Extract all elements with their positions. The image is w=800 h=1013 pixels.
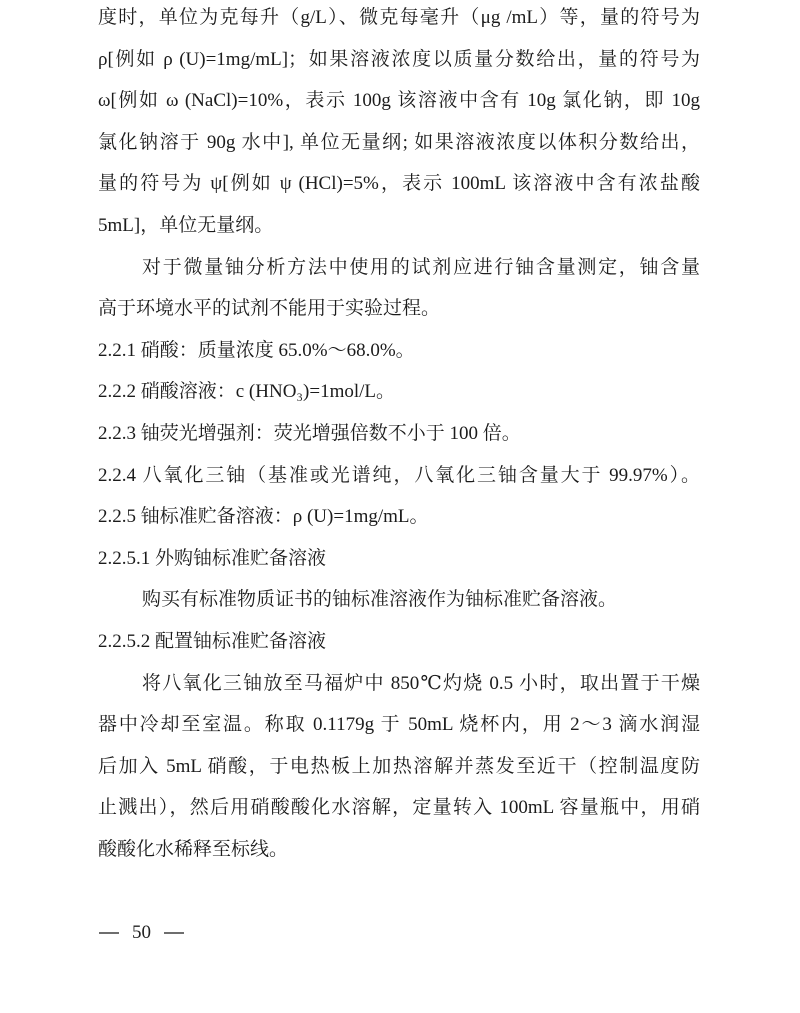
text-line: 2.2.5.2 配置铀标准贮备溶液 bbox=[98, 621, 700, 663]
text-line: 2.2.5.1 外购铀标准贮备溶液 bbox=[98, 538, 700, 580]
page-footer: 50 bbox=[99, 922, 184, 944]
text-line: 2.2.5 铀标准贮备溶液：ρ (U)=1mg/mL。 bbox=[98, 496, 700, 538]
text-line: 度时，单位为克每升（g/L）、微克每毫升（μg /mL）等，量的符号为 bbox=[98, 0, 700, 39]
text-line: ω[例如 ω (NaCl)=10%，表示 100g 该溶液中含有 10g 氯化钠… bbox=[98, 80, 700, 122]
text-line: ρ[例如 ρ (U)=1mg/mL]；如果溶液浓度以质量分数给出，量的符号为 bbox=[98, 39, 700, 81]
document-lines: 度时，单位为克每升（g/L）、微克每毫升（μg /mL）等，量的符号为ρ[例如 … bbox=[98, 0, 700, 870]
text-line: 器中冷却至室温。称取 0.1179g 于 50mL 烧杯内，用 2～3 滴水润湿 bbox=[98, 704, 700, 746]
text-line: 5mL]，单位无量纲。 bbox=[98, 205, 700, 247]
text-line: 氯化钠溶于 90g 水中], 单位无量纲; 如果溶液浓度以体积分数给出， bbox=[98, 122, 700, 164]
text-line: 2.2.4 八氧化三铀（基准或光谱纯，八氧化三铀含量大于 99.97%）。 bbox=[98, 455, 700, 497]
text-line: 高于环境水平的试剂不能用于实验过程。 bbox=[98, 288, 700, 330]
document-page: 度时，单位为克每升（g/L）、微克每毫升（μg /mL）等，量的符号为ρ[例如 … bbox=[0, 0, 800, 1013]
text-line: 购买有标准物质证书的铀标准溶液作为铀标准贮备溶液。 bbox=[98, 579, 700, 621]
text-line: 后加入 5mL 硝酸，于电热板上加热溶解并蒸发至近干（控制温度防 bbox=[98, 746, 700, 788]
text-line: 对于微量铀分析方法中使用的试剂应进行铀含量测定，铀含量 bbox=[98, 247, 700, 289]
text-line: 将八氧化三铀放至马福炉中 850℃灼烧 0.5 小时，取出置于干燥 bbox=[98, 663, 700, 705]
text-line: 2.2.3 铀荧光增强剂：荧光增强倍数不小于 100 倍。 bbox=[98, 413, 700, 455]
footer-dash-right bbox=[164, 932, 184, 934]
footer-dash-left bbox=[99, 932, 119, 934]
text-line: 止溅出），然后用硝酸酸化水溶解，定量转入 100mL 容量瓶中，用硝 bbox=[98, 787, 700, 829]
text-line: 量的符号为 ψ[例如 ψ (HCl)=5%，表示 100mL 该溶液中含有浓盐酸 bbox=[98, 163, 700, 205]
page-number: 50 bbox=[132, 922, 151, 944]
text-line: 酸酸化水稀释至标线。 bbox=[98, 829, 700, 871]
text-line: 2.2.1 硝酸：质量浓度 65.0%～68.0%。 bbox=[98, 330, 700, 372]
text-line: 2.2.2 硝酸溶液：c (HNO₃)=1mol/L。 bbox=[98, 371, 700, 413]
